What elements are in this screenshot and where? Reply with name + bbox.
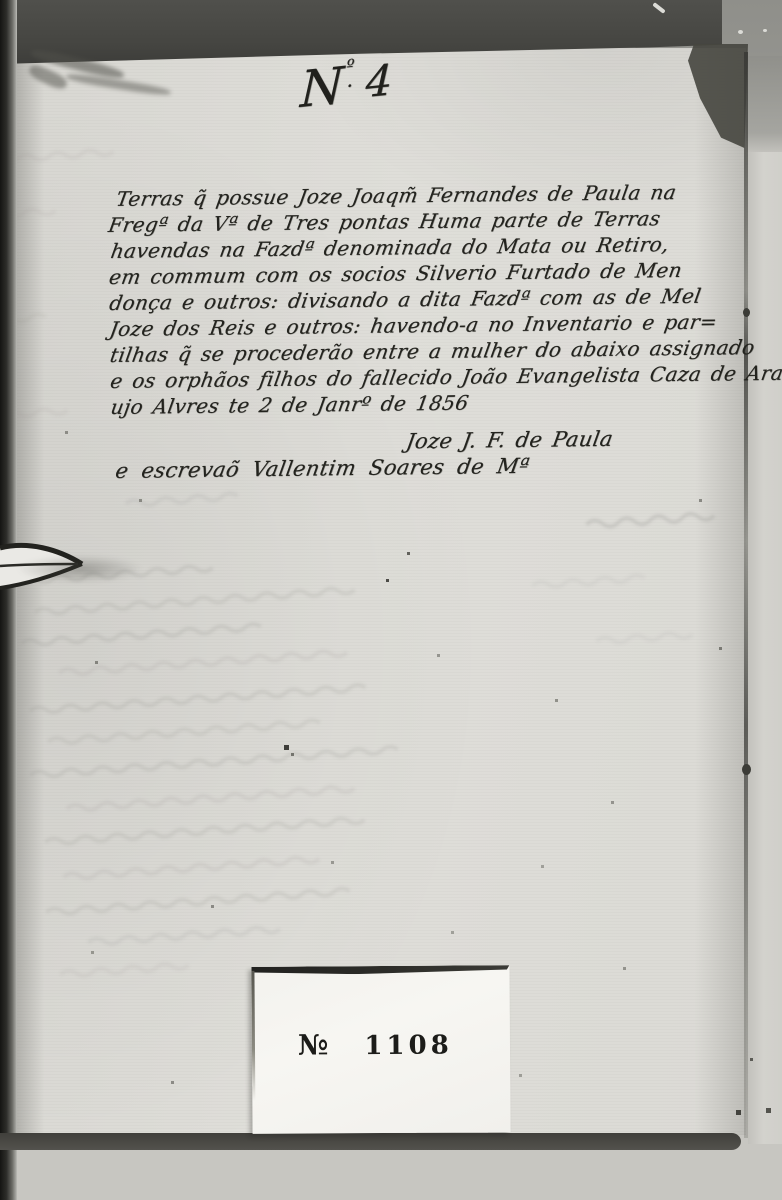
page-marker-clip [0,536,90,600]
scratch-mark [763,29,767,32]
registry-number-label: № 1108 [251,965,510,1134]
label-left-edge [251,971,255,1101]
header-ordinal: º . [346,59,355,86]
page-bottom-shadow [0,1133,741,1150]
top-right-cover-corner-lower [746,56,782,152]
numero-sign: № [298,1028,329,1061]
registry-number-value: 1108 [364,1030,453,1061]
header-number: 4 [365,59,393,104]
gutter-stitch [742,764,751,775]
page-number-header: N º . 4 [299,55,393,115]
ink-specks [0,0,1,1]
clip-shadow [8,546,188,592]
manuscript-text-block: Terras q̃ possue Joze Joaqm̃ Fernandes d… [108,178,760,484]
book-left-edge [0,0,17,1200]
header-n-letter: N [299,60,344,115]
label-top-shadow [251,965,509,975]
scratch-mark [738,30,743,34]
registry-number: № 1108 [298,1027,453,1061]
